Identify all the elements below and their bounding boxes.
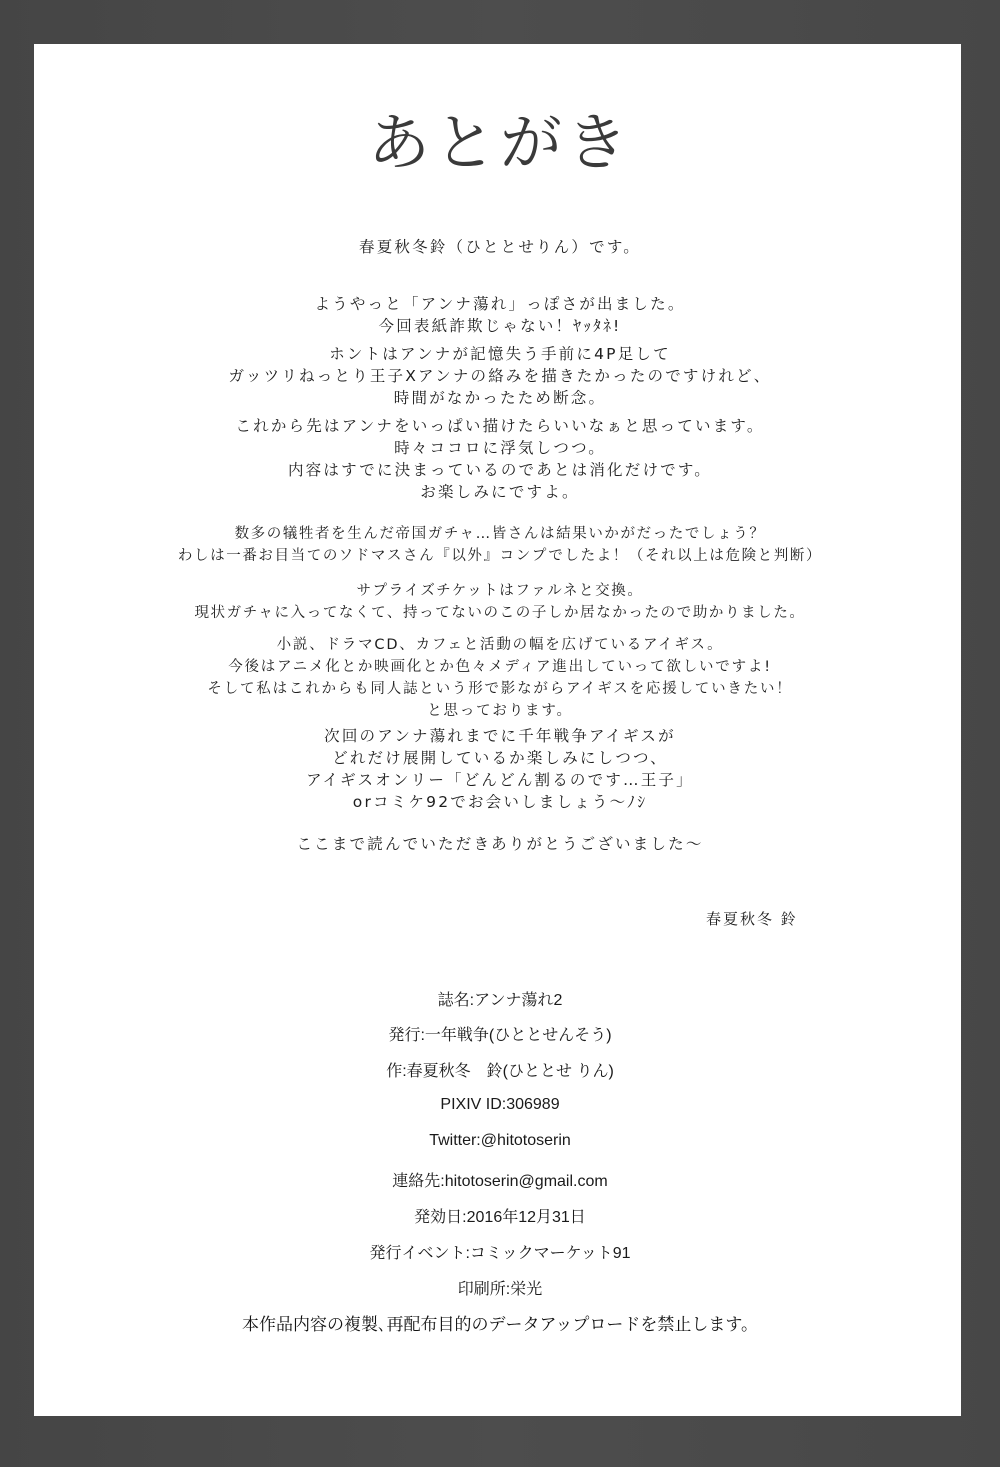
colophon-printer: 印刷所:栄光 — [0, 1276, 1000, 1299]
author-signature: 春夏秋冬 鈴 — [706, 908, 798, 929]
text-line: 小説、ドラマCD、カフェと活動の幅を広げているアイギス。 — [0, 634, 1000, 656]
text-line: これから先はアンナをいっぱい描けたらいいなぁと思っています。 — [0, 415, 1000, 437]
text-line: 数多の犠牲者を生んだ帝国ガチャ…皆さんは結果いかがだったでしょう？ — [0, 523, 1000, 545]
paragraph-3: これから先はアンナをいっぱい描けたらいいなぁと思っています。 時々ココロに浮気し… — [0, 415, 1000, 503]
page-title: あとがき — [0, 103, 1000, 183]
text-line: 今後はアニメ化とか映画化とか色々メディア進出していって欲しいですよ! — [0, 656, 1000, 678]
text-line: どれだけ展開しているか楽しみにしつつ、 — [0, 747, 1000, 769]
colophon-date: 発効日:2016年12月31日 — [0, 1204, 1000, 1227]
colophon-publisher: 発行:一年戦争(ひととせんそう) — [0, 1022, 1000, 1045]
text-line: 今回表紙詐欺じゃない！ﾔｯﾀﾈ! — [0, 315, 1000, 337]
colophon-title: 誌名:アンナ蕩れ2 — [0, 987, 1000, 1010]
text-line: サプライズチケットはファルネと交換。 — [0, 580, 1000, 602]
copyright-notice: 本作品内容の複製､再配布目的のデータアップロードを禁止します。 — [0, 1310, 1000, 1335]
paragraph-6: 小説、ドラマCD、カフェと活動の幅を広げているアイギス。 今後はアニメ化とか映画… — [0, 634, 1000, 722]
text-line: と思っております。 — [0, 700, 1000, 722]
paragraph-2: ホントはアンナが記憶失う手前に4P足して ガッツリねっとり王子Xアンナの絡みを描… — [0, 343, 1000, 409]
text-line: アイギスオンリー「どんどん割るのです…王子」 — [0, 769, 1000, 791]
paragraph-8: ここまで読んでいただきありがとうございました～ — [0, 833, 1000, 855]
text-line: 次回のアンナ蕩れまでに千年戦争アイギスが — [0, 725, 1000, 747]
colophon-author: 作:春夏秋冬 鈴(ひととせ りん) — [0, 1058, 1000, 1081]
paragraph-5: サプライズチケットはファルネと交換。 現状ガチャに入ってなくて、持ってないのこの… — [0, 580, 1000, 624]
text-line: お楽しみにですよ。 — [0, 481, 1000, 503]
text-line: 内容はすでに決まっているのであとは消化だけです。 — [0, 459, 1000, 481]
text-line: ホントはアンナが記憶失う手前に4P足して — [0, 343, 1000, 365]
colophon-contact: 連絡先:hitotoserin@gmail.com — [0, 1168, 1000, 1191]
colophon-pixiv: PIXIV ID:306989 — [0, 1096, 1000, 1114]
paragraph-7: 次回のアンナ蕩れまでに千年戦争アイギスが どれだけ展開しているか楽しみにしつつ、… — [0, 725, 1000, 813]
text-line: ガッツリねっとり王子Xアンナの絡みを描きたかったのですけれど、 — [0, 365, 1000, 387]
greeting-line: 春夏秋冬鈴（ひととせりん）です。 — [0, 236, 1000, 258]
text-line: 時間がなかったため断念。 — [0, 387, 1000, 409]
paragraph-1: ようやっと「アンナ蕩れ」っぽさが出ました。 今回表紙詐欺じゃない！ﾔｯﾀﾈ! — [0, 293, 1000, 337]
paragraph-4: 数多の犠牲者を生んだ帝国ガチャ…皆さんは結果いかがだったでしょう？ わしは一番お… — [0, 523, 1000, 567]
colophon-twitter: Twitter:@hitotoserin — [0, 1132, 1000, 1150]
greeting: 春夏秋冬鈴（ひととせりん）です。 — [0, 236, 1000, 258]
text-line: orコミケ92でお会いしましょう～ﾉｼ — [0, 791, 1000, 813]
colophon-event: 発行イベント:コミックマーケット91 — [0, 1240, 1000, 1263]
text-line: 現状ガチャに入ってなくて、持ってないのこの子しか居なかったので助かりました。 — [0, 602, 1000, 624]
text-line: わしは一番お目当てのソドマスさん『以外』コンプでしたよ！（それ以上は危険と判断） — [0, 545, 1000, 567]
text-line: ここまで読んでいただきありがとうございました～ — [0, 833, 1000, 855]
text-line: そして私はこれからも同人誌という形で影ながらアイギスを応援していきたい！ — [0, 678, 1000, 700]
text-line: ようやっと「アンナ蕩れ」っぽさが出ました。 — [0, 293, 1000, 315]
text-line: 時々ココロに浮気しつつ。 — [0, 437, 1000, 459]
